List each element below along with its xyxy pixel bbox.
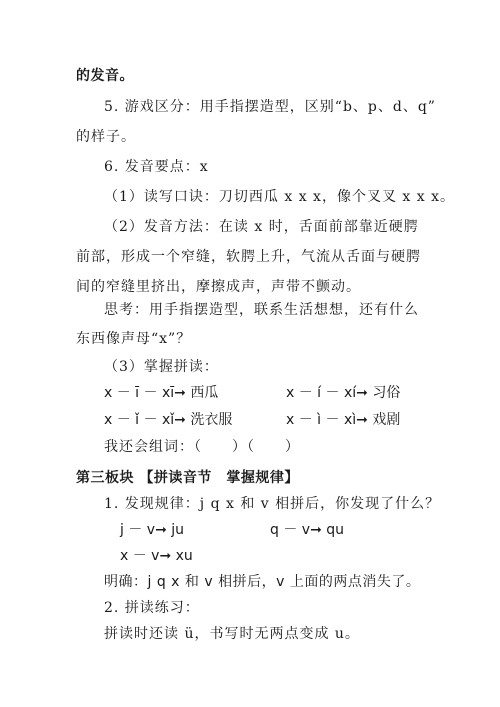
- text-line: 拼读时还读 ü，书写时无两点变成 u。: [104, 625, 360, 643]
- jqx-row: j － v➞ ju: [120, 521, 184, 539]
- text-line: （3）掌握拼读：: [104, 358, 219, 376]
- text-line: 5. 游戏区分：用手指摆造型，区别“b、p、d、q”: [104, 98, 436, 116]
- section-heading: 第三板块 【拼读音节 掌握规律】: [76, 469, 299, 487]
- text-line: 间的窄缝里挤出，摩擦成声，声带不颤动。: [76, 278, 361, 296]
- text-line: 6. 发音要点：x: [104, 158, 209, 176]
- spelling-row: x － ī － xī➞ 西瓜: [104, 384, 218, 402]
- text-line: 思考：用手指摆造型，联系生活想想，还有什么: [104, 301, 419, 319]
- text-line: （2）发音方法：在读 x 时，舌面前部靠近硬腭: [104, 218, 419, 236]
- text-line: 的发音。: [76, 67, 134, 85]
- text-line: 前部，形成一个窄缝，软腭上升，气流从舌面与硬腭: [76, 248, 421, 266]
- spelling-row: x － í － xí➞ 习俗: [286, 384, 400, 402]
- jqx-row: q － v➞ qu: [270, 521, 344, 539]
- text-line: 明确：j q x 和 v 相拼后，v 上面的两点消失了。: [104, 573, 420, 591]
- spelling-row: x － ǐ － xǐ➞ 洗衣服: [104, 411, 232, 429]
- text-line: （1）读写口诀：刀切西瓜 x x x，像个叉叉 x x x。: [104, 188, 455, 206]
- text-line: 的样子。: [76, 128, 136, 146]
- jqx-row: x － v➞ xu: [120, 547, 193, 565]
- text-line: 我还会组词：（ ）（ ）: [104, 438, 300, 456]
- text-line: 1. 发现规律：j q x 和 v 相拼后，你发现了什么？: [104, 495, 440, 513]
- spelling-row: x － ì － xì➞ 戏剧: [286, 411, 400, 429]
- text-line: 2. 拼读练习：: [104, 599, 200, 617]
- text-line: 东西像声母“x”？: [76, 330, 191, 348]
